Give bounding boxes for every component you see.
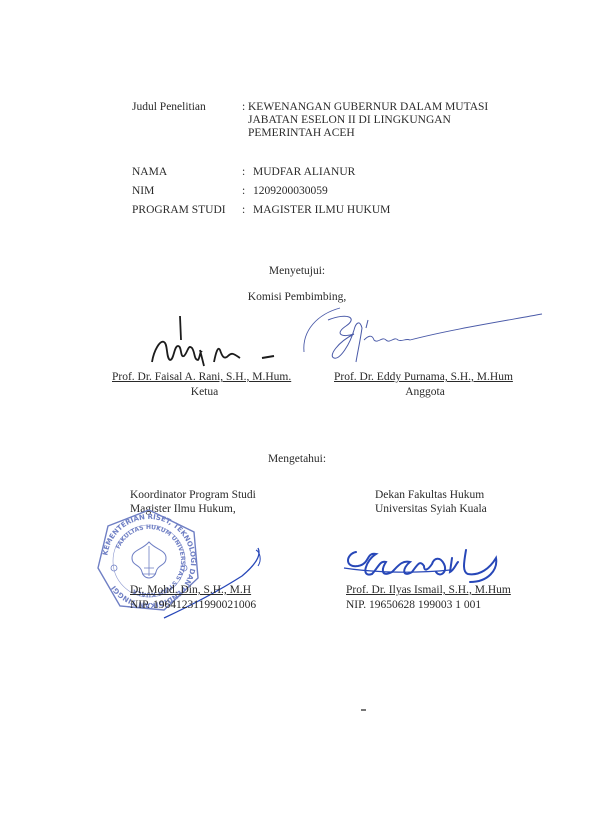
dean-nip: NIP. 19650628 199003 1 001	[346, 598, 481, 612]
coordinator-name: Dr. Mohd. Din, S.H., M.H	[130, 583, 251, 597]
dean-signature	[340, 538, 510, 588]
name-value: MUDFAR ALIANUR	[253, 165, 355, 179]
research-title-line-1: KEWENANGAN GUBERNUR DALAM MUTASI	[248, 100, 488, 114]
program-separator: :	[242, 203, 245, 217]
nim-separator: :	[242, 184, 245, 198]
program-label: PROGRAM STUDI	[132, 203, 226, 217]
program-value: MAGISTER ILMU HUKUM	[253, 203, 390, 217]
dean-title-line-1: Dekan Fakultas Hukum	[375, 488, 484, 502]
name-label: NAMA	[132, 165, 167, 179]
scan-artifact	[361, 709, 366, 711]
approval-heading: Menyetujui:	[247, 264, 347, 278]
member-signature	[298, 300, 548, 380]
coordinator-title-line-1: Koordinator Program Studi	[130, 488, 256, 502]
member-role: Anggota	[334, 385, 516, 399]
coordinator-nip: NIP. 196412311990021006	[130, 598, 256, 612]
research-title-line-3: PEMERINTAH ACEH	[248, 126, 355, 140]
nim-value: 1209200030059	[253, 184, 328, 198]
chair-name: Prof. Dr. Faisal A. Rani, S.H., M.Hum.	[112, 370, 291, 384]
acknowledgement-heading: Mengetahui:	[247, 452, 347, 466]
title-separator: :	[242, 100, 245, 114]
chair-signature	[140, 310, 290, 370]
dean-title-line-2: Universitas Syiah Kuala	[375, 502, 487, 516]
title-label: Judul Penelitian	[132, 100, 206, 114]
member-name: Prof. Dr. Eddy Purnama, S.H., M.Hum	[334, 370, 513, 384]
name-separator: :	[242, 165, 245, 179]
nim-label: NIM	[132, 184, 154, 198]
chair-role: Ketua	[112, 385, 297, 399]
dean-name: Prof. Dr. Ilyas Ismail, S.H., M.Hum	[346, 583, 511, 597]
research-title-line-2: JABATAN ESELON II DI LINGKUNGAN	[248, 113, 451, 127]
